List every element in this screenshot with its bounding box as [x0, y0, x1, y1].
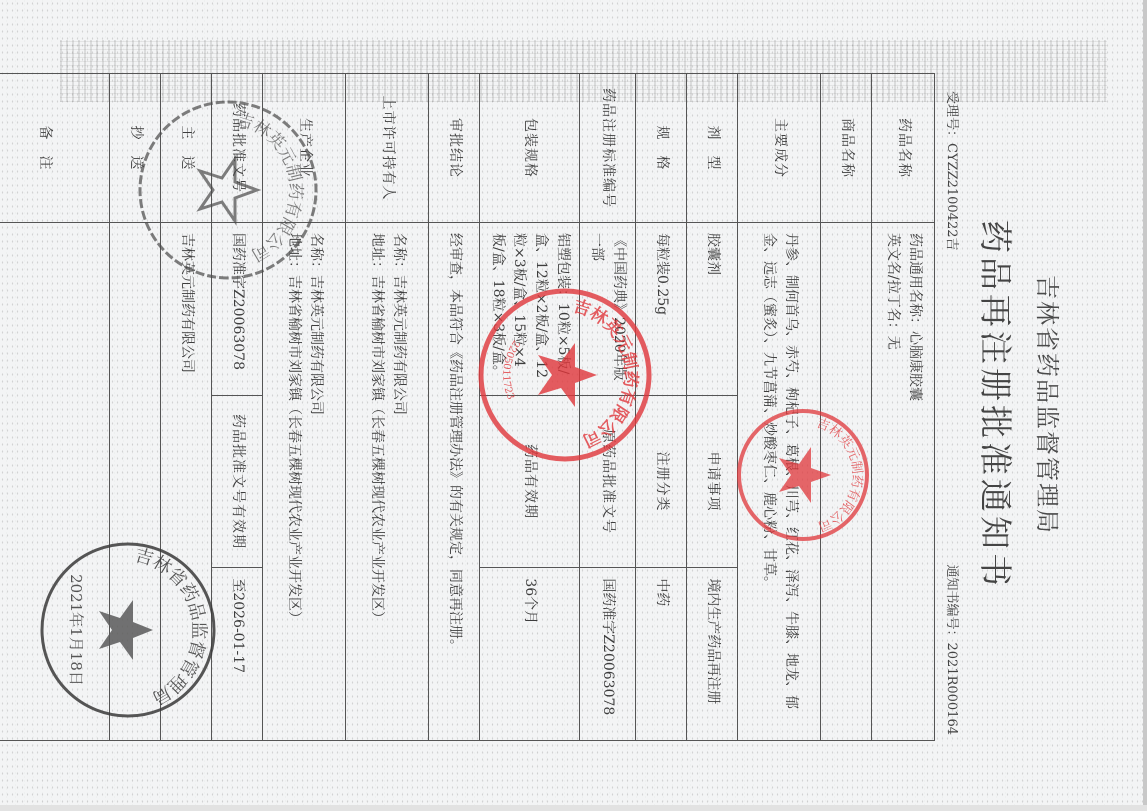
conclusion-label: 审批结论: [428, 74, 479, 223]
cc-value: [109, 223, 160, 741]
package-value: 铝塑包装：10粒×5板/盒、12粒×2板/盒、12粒×3板/盒、15粒×4板/盒…: [479, 223, 579, 396]
page-edge-bottom: [0, 805, 1147, 811]
notice-number: 通知书编号：2021R000164: [944, 564, 963, 735]
approval-notice-document: 吉林省药品监督管理局 药品再注册批准通知书 受理号：CYZZ2100422吉 通…: [73, 55, 1073, 755]
approval-table: 药品名称 药品通用名称：心脑康胶囊 英文名/拉丁名：无 商品名称 主要成分 丹参…: [0, 73, 935, 741]
page-edge: [1143, 0, 1147, 811]
table-row: 药品注册标准编号 《中国药典》2020年版一部 原药品批准文号 国药准字Z200…: [579, 74, 635, 741]
package-label: 包装规格: [479, 74, 579, 223]
trade-name-label: 商品名称: [821, 74, 872, 223]
spec-value: 每粒装0.25g: [636, 223, 687, 396]
table-row: 主要成分 丹参、制何首乌、赤芍、枸杞子、葛根、川芎、红花、泽泻、牛膝、地龙、郁金…: [738, 74, 821, 741]
drug-name-label: 药品名称: [872, 74, 935, 223]
approval-no-value: 国药准字Z20063078: [211, 223, 262, 396]
standard-label: 药品注册标准编号: [579, 74, 635, 223]
dosage-form-value: 胶囊剂: [687, 223, 738, 396]
trade-name-value: [821, 223, 872, 741]
ingredients-label: 主要成分: [738, 74, 821, 223]
table-row: 上市许可持有人 名称：吉林英元制药有限公司 地址：吉林省榆树市刘家镇（长春五棵树…: [345, 74, 428, 741]
remarks-label: 备 注: [0, 74, 109, 223]
recipient-label: 主 送: [160, 74, 211, 223]
table-row: 商品名称: [821, 74, 872, 741]
mah-value: 名称：吉林英元制药有限公司 地址：吉林省榆树市刘家镇（长春五棵树现代农业产业开发…: [345, 223, 428, 741]
approval-validity-label: 药品批准文号有效期: [211, 395, 262, 568]
drug-name-value: 药品通用名称：心脑康胶囊 英文名/拉丁名：无: [872, 223, 935, 741]
reg-category-value: 中药: [636, 568, 687, 741]
approval-no-label: 药品批准文号: [211, 74, 262, 223]
cc-label: 抄 送: [109, 74, 160, 223]
validity-label: 药品有效期: [479, 395, 579, 568]
orig-approval-label: 原药品批准文号: [579, 395, 635, 568]
spec-label: 规 格: [636, 74, 687, 223]
table-row: 规 格 每粒装0.25g 注册分类 中药: [636, 74, 687, 741]
mah-label: 上市许可持有人: [345, 74, 428, 223]
acceptance-number: 受理号：CYZZ2100422吉: [944, 91, 963, 251]
approval-validity-value: 至2026-01-17: [211, 568, 262, 741]
table-row: 备 注: [0, 74, 109, 741]
orig-approval-value: 国药准字Z20063078: [579, 568, 635, 741]
validity-value: 36个月: [479, 568, 579, 741]
table-row: 审批结论 经审查，本品符合《药品注册管理办法》的有关规定，同意再注册。: [428, 74, 479, 741]
manufacturer-value: 名称：吉林英元制药有限公司 地址：吉林省榆树市刘家镇（长春五棵树现代农业产业开发…: [262, 223, 345, 741]
table-row: 药品批准文号 国药准字Z20063078 药品批准文号有效期 至2026-01-…: [211, 74, 262, 741]
table-row: 主 送 吉林英元制药有限公司: [160, 74, 211, 741]
table-row: 生产企业 名称：吉林英元制药有限公司 地址：吉林省榆树市刘家镇（长春五棵树现代农…: [262, 74, 345, 741]
application-item-value: 境内生产药品再注册: [687, 568, 738, 741]
dosage-form-label: 剂 型: [687, 74, 738, 223]
recipient-value: 吉林英元制药有限公司: [160, 223, 211, 741]
reg-category-label: 注册分类: [636, 395, 687, 568]
ingredients-value: 丹参、制何首乌、赤芍、枸杞子、葛根、川芎、红花、泽泻、牛膝、地龙、郁金、远志（蜜…: [738, 223, 821, 741]
table-row: 包装规格 铝塑包装：10粒×5板/盒、12粒×2板/盒、12粒×3板/盒、15粒…: [479, 74, 579, 741]
table-row: 剂 型 胶囊剂 申请事项 境内生产药品再注册: [687, 74, 738, 741]
table-row: 抄 送: [109, 74, 160, 741]
application-item-label: 申请事项: [687, 395, 738, 568]
manufacturer-label: 生产企业: [262, 74, 345, 223]
remarks-value: [0, 223, 109, 741]
issuer-name: 吉林省药品监督管理局: [1032, 55, 1067, 755]
document-meta: 受理号：CYZZ2100422吉 通知书编号：2021R000164: [944, 91, 963, 735]
conclusion-value: 经审查，本品符合《药品注册管理办法》的有关规定，同意再注册。: [428, 223, 479, 741]
standard-value: 《中国药典》2020年版一部: [579, 223, 635, 396]
table-row: 药品名称 药品通用名称：心脑康胶囊 英文名/拉丁名：无: [872, 74, 935, 741]
document-title: 药品再注册批准通知书: [974, 55, 1021, 755]
